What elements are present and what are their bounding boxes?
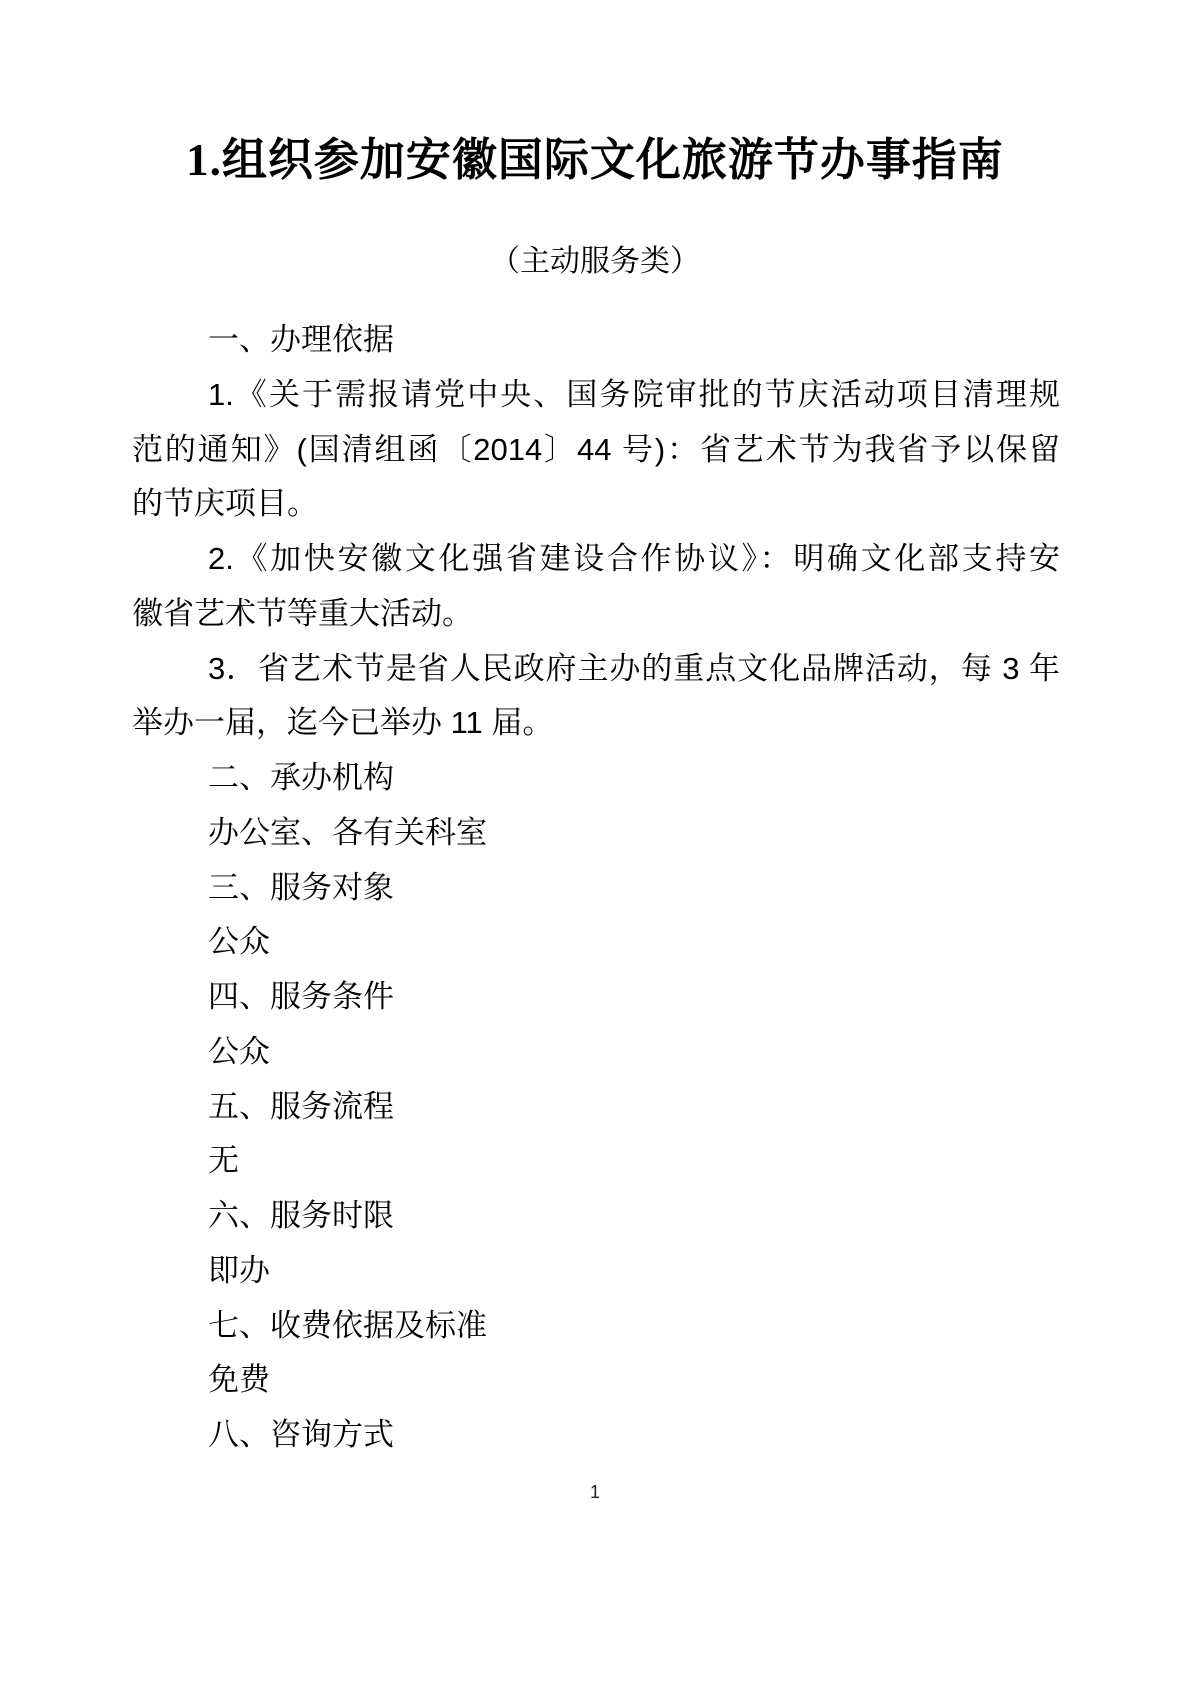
text-line: 无 (132, 1134, 1060, 1189)
text-line: 徽省艺术节等重大活动。 (132, 587, 1060, 642)
text-line: 二、承办机构 (132, 751, 1060, 806)
page-number: 1 (0, 1480, 1190, 1504)
text-line: 三、服务对象 (132, 861, 1060, 916)
text-line: 举办一届，迄今已举办 11 届。 (132, 696, 1060, 751)
text-line: 六、服务时限 (132, 1189, 1060, 1244)
document-subtitle: （主动服务类） (0, 238, 1190, 286)
text-line: 公众 (132, 1025, 1060, 1080)
text-line: 2.《加快安徽文化强省建设合作协议》：明确文化部支持安 (132, 532, 1060, 587)
text-line: 的节庆项目。 (132, 477, 1060, 532)
text-line: 3．省艺术节是省人民政府主办的重点文化品牌活动，每 3 年 (132, 642, 1060, 697)
text-line: 范的通知》(国清组函〔2014〕44 号)：省艺术节为我省予以保留 (132, 423, 1060, 478)
text-line: 1.《关于需报请党中央、国务院审批的节庆活动项目清理规 (132, 368, 1060, 423)
document-body: 一、办理依据1.《关于需报请党中央、国务院审批的节庆活动项目清理规范的通知》(国… (132, 313, 1060, 1463)
text-line: 即办 (132, 1244, 1060, 1299)
text-line: 七、收费依据及标准 (132, 1299, 1060, 1354)
text-line: 五、服务流程 (132, 1080, 1060, 1135)
text-line: 四、服务条件 (132, 970, 1060, 1025)
document-title: 1.组织参加安徽国际文化旅游节办事指南 (0, 128, 1190, 192)
text-line: 八、咨询方式 (132, 1408, 1060, 1463)
text-line: 免费 (132, 1353, 1060, 1408)
text-line: 公众 (132, 915, 1060, 970)
document-page: 1.组织参加安徽国际文化旅游节办事指南 （主动服务类） 一、办理依据1.《关于需… (0, 0, 1190, 1683)
text-line: 办公室、各有关科室 (132, 806, 1060, 861)
text-line: 一、办理依据 (132, 313, 1060, 368)
